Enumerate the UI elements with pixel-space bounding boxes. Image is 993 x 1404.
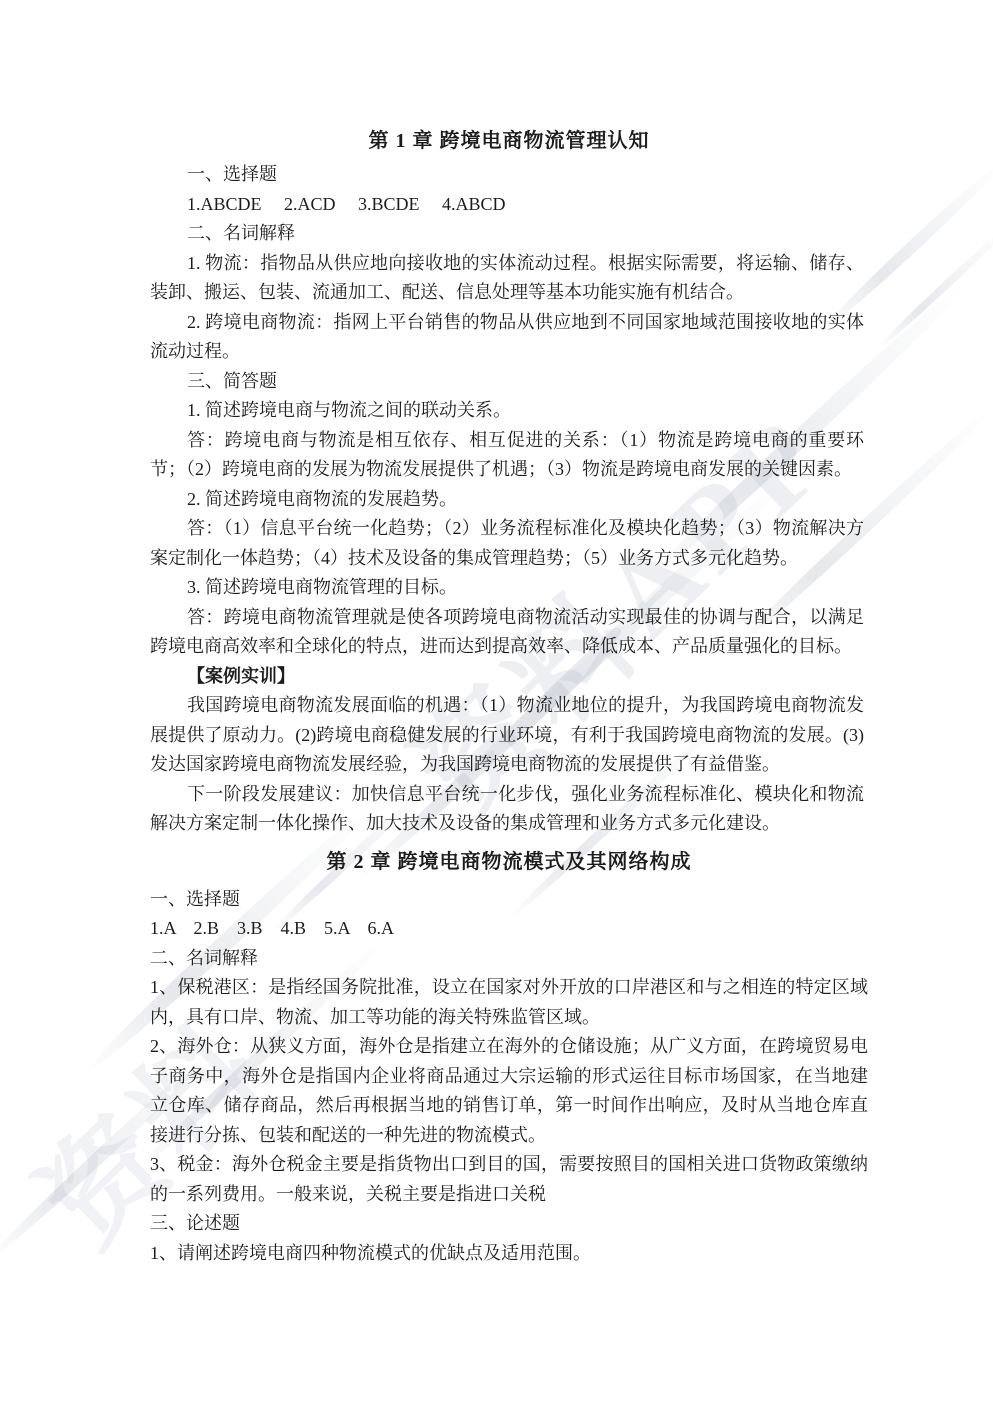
ch1-term-crossborder-logistics: 2. 跨境电商物流：指网上平台销售的物品从供应地到不同国家地域范围接收地的实体流… [150, 308, 868, 367]
ch1-question-2: 2. 简述跨境电商物流的发展趋势。 [150, 485, 868, 515]
ch1-section-choice-heading: 一、选择题 [150, 160, 868, 190]
ch1-case-suggestions: 下一阶段发展建议：加快信息平台统一化步伐，强化业务流程标准化、模块化和物流解决方… [150, 780, 868, 839]
ch1-case-opportunities: 我国跨境电商物流发展面临的机遇：（1）物流业地位的提升，为我国跨境电商物流发展提… [150, 691, 868, 780]
chapter-1-title: 第 1 章 跨境电商物流管理认知 [150, 126, 868, 156]
chapter-2: 第 2 章 跨境电商物流模式及其网络构成 一、选择题 1.A 2.B 3.B 4… [150, 847, 868, 1269]
ch1-term-logistics: 1. 物流：指物品从供应地向接收地的实体流动过程。根据实际需要，将运输、储存、装… [150, 249, 868, 308]
ch2-section-terms-heading: 二、名词解释 [150, 944, 868, 974]
ch2-essay-question: 1、请阐述跨境电商四种物流模式的优缺点及适用范围。 [150, 1239, 868, 1269]
ch2-section-choice-heading: 一、选择题 [150, 885, 868, 915]
watermark-streak [876, 222, 993, 351]
ch1-choice-answers: 1.ABCDE 2.ACD 3.BCDE 4.ABCD [150, 190, 868, 220]
ch1-question-3: 3. 简述跨境电商物流管理的目标。 [150, 573, 868, 603]
ch1-answer-1: 答：跨境电商与物流是相互依存、相互促进的关系：（1）物流是跨境电商的重要环节；（… [150, 426, 868, 485]
ch1-section-short-answer-heading: 三、简答题 [150, 367, 868, 397]
ch2-choice-answers: 1.A 2.B 3.B 4.B 5.A 6.A [150, 914, 868, 944]
ch1-answer-2: 答：（1）信息平台统一化趋势；（2）业务流程标准化及模块化趋势；（3）物流解决方… [150, 514, 868, 573]
chapter-2-title: 第 2 章 跨境电商物流模式及其网络构成 [150, 847, 868, 877]
page-content: 第 1 章 跨境电商物流管理认知 一、选择题 1.ABCDE 2.ACD 3.B… [150, 126, 868, 1268]
ch1-case-training-heading: 【案例实训】 [150, 662, 868, 692]
ch2-term-bonded-port-area: 1、保税港区：是指经国务院批准，设立在国家对外开放的口岸港区和与之相连的特定区域… [150, 973, 868, 1032]
document-page: 资料APP 资料 第 1 章 跨境电商物流管理认知 一、选择题 1.ABCDE … [0, 0, 993, 1404]
ch2-term-tax: 3、税金：海外仓税金主要是指货物出口到目的国，需要按照目的国相关进口货物政策缴纳… [150, 1150, 868, 1209]
ch1-question-1: 1. 简述跨境电商与物流之间的联动关系。 [150, 396, 868, 426]
ch2-term-overseas-warehouse: 2、海外仓：从狭义方面，海外仓是指建立在海外的仓储设施；从广义方面，在跨境贸易电… [150, 1032, 868, 1150]
chapter-1: 第 1 章 跨境电商物流管理认知 一、选择题 1.ABCDE 2.ACD 3.B… [150, 126, 868, 839]
ch2-section-essay-heading: 三、论述题 [150, 1209, 868, 1239]
ch1-answer-3: 答：跨境电商物流管理就是使各项跨境电商物流活动实现最佳的协调与配合，以满足跨境电… [150, 603, 868, 662]
ch1-section-terms-heading: 二、名词解释 [150, 219, 868, 249]
